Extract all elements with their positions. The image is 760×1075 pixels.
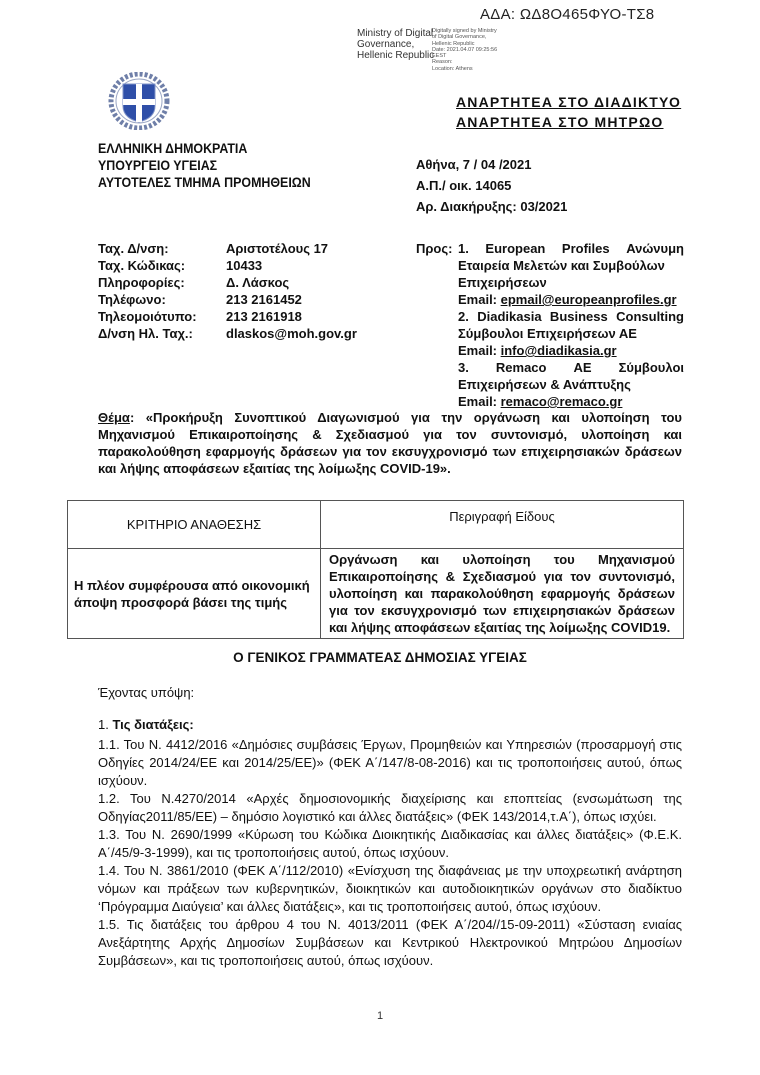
declaration-number: Αρ. Διακήρυξης: 03/2021 [416, 196, 567, 217]
date-line: Αθήνα, 7 / 04 /2021 [416, 154, 567, 175]
contact-row: Ταχ. Κώδικας:10433 [98, 257, 357, 274]
subject-text: : «Προκήρυξη Συνοπτικού Διαγωνισμού για … [98, 410, 682, 476]
publication-notice: ΑΝΑΡΤΗΤΕΑ ΣΤΟ ΔΙΑΔΙΚΤΥΟ ΑΝΑΡΤΗΤΕΑ ΣΤΟ ΜΗ… [456, 92, 681, 132]
signature-details: Digitally signed by Ministry of Digital … [432, 28, 497, 72]
greek-coat-of-arms-icon [108, 72, 170, 130]
section-number: 1. [98, 717, 112, 732]
signature-org-line: Ministry of Digital [357, 28, 434, 39]
ada-code: ΑΔΑ: ΩΔ8Ο465ΦΥΟ-ΤΣ8 [480, 6, 654, 23]
intro-text: Έχοντας υπόψη: [98, 684, 682, 702]
recipient-name-line: Εταιρεία Μελετών και Συμβούλων [458, 257, 684, 274]
recipient-name-line: Επιχειρήσεων & Ανάπτυξης [458, 376, 684, 393]
org-line: ΕΛΛΗΝΙΚΗ ΔΗΜΟΚΡΑΤΙΑ [98, 140, 311, 157]
section-title: Τις διατάξεις: [112, 717, 193, 732]
contact-value: 213 2161452 [226, 291, 302, 308]
recipients-block: Προς: 1. European Profiles Ανώνυμη Εταιρ… [416, 240, 684, 410]
email-label: Email: [458, 394, 501, 409]
subject-label: Θέμα [98, 410, 130, 425]
authority-heading: Ο ΓΕΝΙΚΟΣ ΓΡΑΜΜΑΤΕΑΣ ΔΗΜΟΣΙΑΣ ΥΓΕΙΑΣ [0, 650, 760, 665]
recipient-email-link[interactable]: info@diadikasia.gr [501, 343, 617, 358]
table-row: Η πλέον συμφέρουσα από οικονομική άποψη … [68, 549, 684, 639]
contact-label: Δ/νση Ηλ. Ταχ.: [98, 325, 226, 342]
contact-label: Πληροφορίες: [98, 274, 226, 291]
table-cell: Οργάνωση και υλοποίηση του Μηχανισμού Επ… [321, 549, 684, 639]
contact-label: Ταχ. Κώδικας: [98, 257, 226, 274]
recipient-email-row: Email: info@diadikasia.gr [458, 342, 684, 359]
contact-row: Ταχ. Δ/νση:Αριστοτέλους 17 [98, 240, 357, 257]
contact-row: Τηλεομοιότυπο:213 2161918 [98, 308, 357, 325]
contact-value: Αριστοτέλους 17 [226, 240, 328, 257]
contact-label: Τηλέφωνο: [98, 291, 226, 308]
column-header: Περιγραφή Είδους [321, 501, 684, 549]
contact-block: Ταχ. Δ/νση:Αριστοτέλους 17 Ταχ. Κώδικας:… [98, 240, 357, 342]
page-number: 1 [0, 1010, 760, 1022]
protocol-number: Α.Π./ οικ. 14065 [416, 175, 567, 196]
recipient-header: Προς: 1. European Profiles Ανώνυμη [416, 240, 684, 257]
signature-org-line: Hellenic Republic [357, 50, 434, 61]
provision-item: 1.1. Του Ν. 4412/2016 «Δημόσιες συμβάσει… [98, 736, 682, 790]
recipients-label: Προς: [416, 240, 458, 257]
contact-value: 10433 [226, 257, 262, 274]
issuing-organization: ΕΛΛΗΝΙΚΗ ΔΗΜΟΚΡΑΤΙΑ ΥΠΟΥΡΓΕΙΟ ΥΓΕΙΑΣ ΑΥΤ… [98, 140, 311, 191]
contact-value: Δ. Λάσκος [226, 274, 289, 291]
publication-line: ΑΝΑΡΤΗΤΕΑ ΣΤΟ ΜΗΤΡΩΟ [456, 112, 681, 132]
recipient-name-line: Σύμβουλοι Επιχειρήσεων ΑΕ [458, 325, 684, 342]
org-line: ΑΥΤΟΤΕΛΕΣ ΤΜΗΜΑ ΠΡΟΜΗΘΕΙΩΝ [98, 174, 311, 191]
subject: Θέμα: «Προκήρυξη Συνοπτικού Διαγωνισμού … [98, 409, 682, 477]
recipient-name: 1. European Profiles Ανώνυμη [458, 240, 684, 257]
provision-item: 1.3. Του Ν. 2690/1999 «Κύρωση του Κώδικα… [98, 826, 682, 862]
contact-row: Τηλέφωνο:213 2161452 [98, 291, 357, 308]
email-label: Email: [458, 292, 501, 307]
recipient-email-row: Email: epmail@europeanprofiles.gr [458, 291, 684, 308]
recipient-email-link[interactable]: epmail@europeanprofiles.gr [501, 292, 677, 307]
recipient-3: 3. Remaco ΑΕ Σύμβουλοι Επιχειρήσεων & Αν… [458, 359, 684, 410]
org-line: ΥΠΟΥΡΓΕΙΟ ΥΓΕΙΑΣ [98, 157, 311, 174]
contact-row: Πληροφορίες:Δ. Λάσκος [98, 274, 357, 291]
contact-label: Τηλεομοιότυπο: [98, 308, 226, 325]
provision-item: 1.5. Τις διατάξεις του άρθρου 4 του Ν. 4… [98, 916, 682, 970]
recipient-name: 3. Remaco ΑΕ Σύμβουλοι [458, 359, 684, 376]
column-header: ΚΡΙΤΗΡΙΟ ΑΝΑΘΕΣΗΣ [68, 501, 321, 549]
contact-row: Δ/νση Ηλ. Ταχ.:dlaskos@moh.gov.gr [98, 325, 357, 342]
recipient-email-row: Email: remaco@remaco.gr [458, 393, 684, 410]
publication-line: ΑΝΑΡΤΗΤΕΑ ΣΤΟ ΔΙΑΔΙΚΤΥΟ [456, 92, 681, 112]
provision-item: 1.4. Του Ν. 3861/2010 (ΦΕΚ Α΄/112/2010) … [98, 862, 682, 916]
table-header-row: ΚΡΙΤΗΡΙΟ ΑΝΑΘΕΣΗΣ Περιγραφή Είδους [68, 501, 684, 549]
recipient-name-line: Επιχειρήσεων [458, 274, 684, 291]
contact-value: 213 2161918 [226, 308, 302, 325]
recipient-name: 2. Diadikasia Business Consulting [458, 308, 684, 325]
criteria-table: ΚΡΙΤΗΡΙΟ ΑΝΑΘΕΣΗΣ Περιγραφή Είδους Η πλέ… [67, 500, 684, 639]
provision-item: 1.2. Του Ν.4270/2014 «Αρχές δημοσιονομικ… [98, 790, 682, 826]
document-meta: Αθήνα, 7 / 04 /2021 Α.Π./ οικ. 14065 Αρ.… [416, 154, 567, 217]
recipient-2: 2. Diadikasia Business Consulting Σύμβου… [458, 308, 684, 359]
contact-email[interactable]: dlaskos@moh.gov.gr [226, 325, 357, 342]
signature-org-line: Governance, [357, 39, 434, 50]
signature-organization: Ministry of Digital Governance, Hellenic… [357, 28, 434, 61]
contact-label: Ταχ. Δ/νση: [98, 240, 226, 257]
email-label: Email: [458, 343, 501, 358]
section-heading: 1. Τις διατάξεις: [98, 716, 682, 734]
provisions-list: 1.1. Του Ν. 4412/2016 «Δημόσιες συμβάσει… [98, 736, 682, 970]
recipient-1: Εταιρεία Μελετών και Συμβούλων Επιχειρήσ… [458, 257, 684, 308]
signature-detail-line: Location: Athens [432, 66, 497, 72]
table-cell: Η πλέον συμφέρουσα από οικονομική άποψη … [68, 549, 321, 639]
recipient-email-link[interactable]: remaco@remaco.gr [501, 394, 623, 409]
